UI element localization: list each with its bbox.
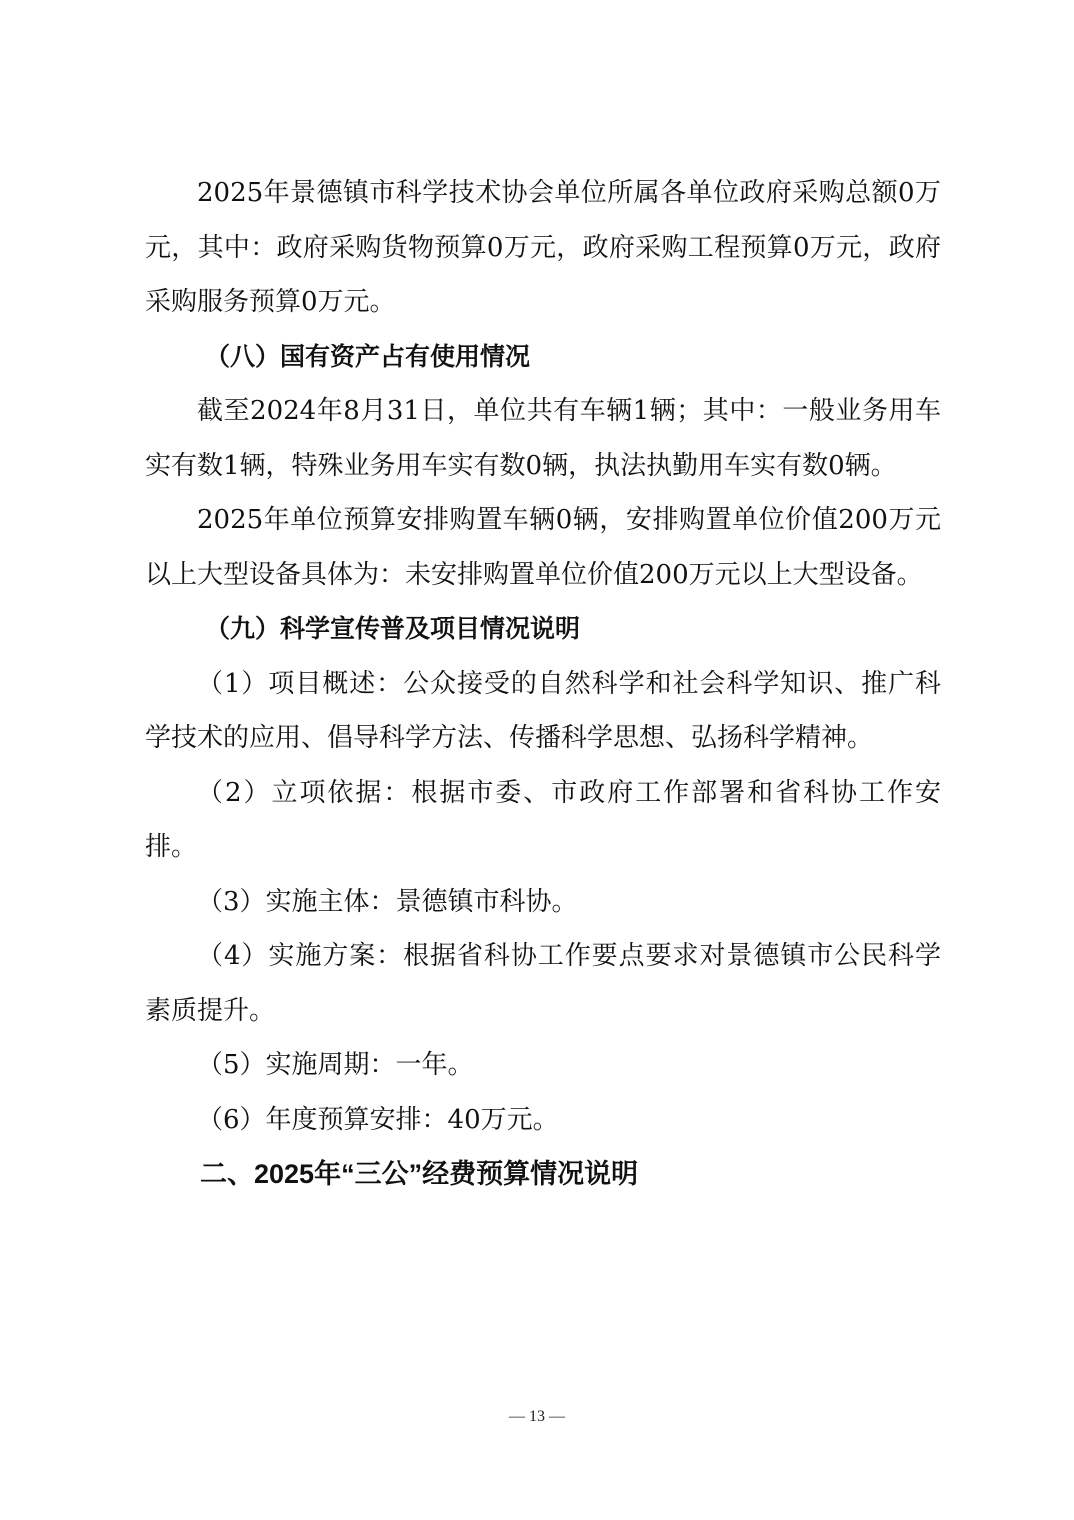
paragraph-project-overview: （1）项目概述：公众接受的自然科学和社会科学知识、推广科学技术的应用、倡导科学方… — [145, 657, 941, 766]
page-number: — 13 — — [0, 1408, 1074, 1426]
paragraph-period: （5）实施周期：一年。 — [145, 1038, 941, 1093]
paragraph-implementer: （3）实施主体：景德镇市科协。 — [145, 875, 941, 930]
paragraph-procurement: 2025年景德镇市科学技术协会单位所属各单位政府采购总额0万元，其中：政府采购货… — [145, 166, 941, 330]
paragraph-implementation-plan: （4）实施方案：根据省科协工作要点要求对景德镇市公民科学素质提升。 — [145, 929, 941, 1038]
paragraph-purchase-plan: 2025年单位预算安排购置车辆0辆，安排购置单位价值200万元以上大型设备具体为… — [145, 493, 941, 602]
paragraph-project-basis: （2）立项依据：根据市委、市政府工作部署和省科协工作安排。 — [145, 766, 941, 875]
heading-state-assets: （八）国有资产占有使用情况 — [145, 330, 941, 385]
document-page: 2025年景德镇市科学技术协会单位所属各单位政府采购总额0万元，其中：政府采购货… — [145, 166, 941, 1202]
heading-science-popularization: （九）科学宣传普及项目情况说明 — [145, 602, 941, 657]
paragraph-vehicles: 截至2024年8月31日，单位共有车辆1辆；其中：一般业务用车实有数1辆，特殊业… — [145, 384, 941, 493]
paragraph-budget: （6）年度预算安排：40万元。 — [145, 1093, 941, 1148]
section-heading-three-public: 二、2025年“三公”经费预算情况说明 — [145, 1147, 941, 1202]
